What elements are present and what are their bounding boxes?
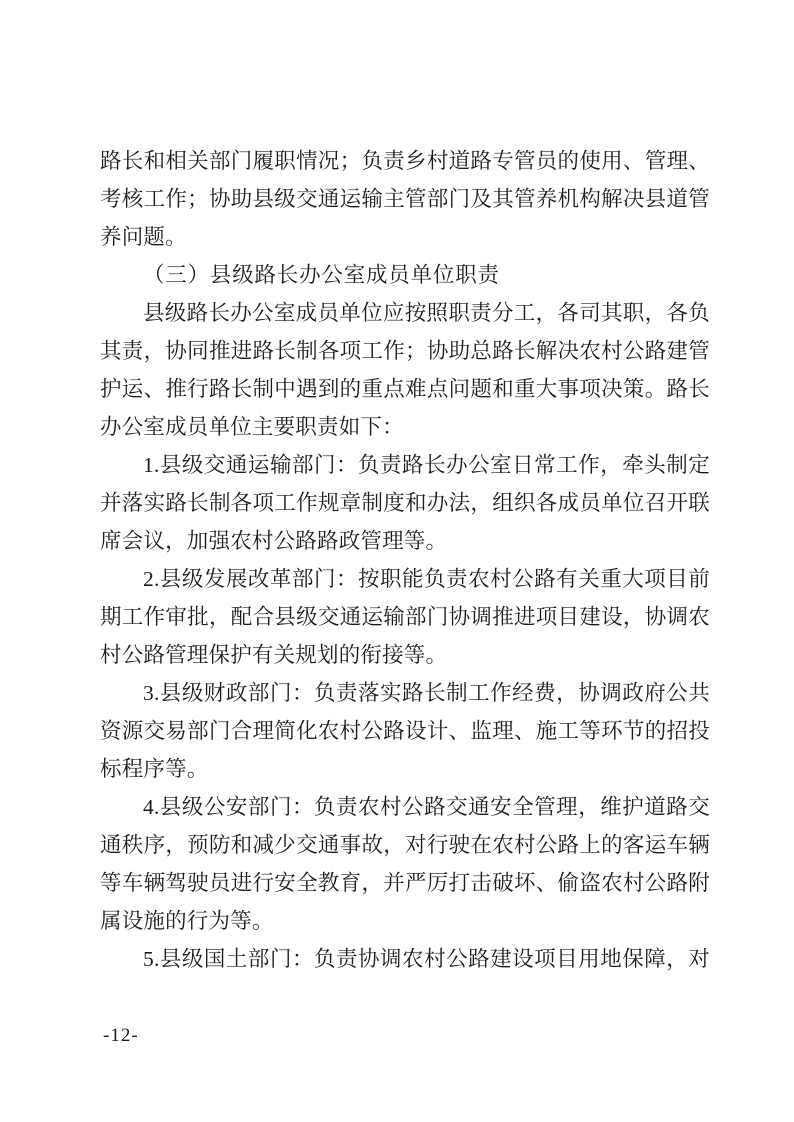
document-body: 路长和相关部门履职情况；负责乡村道路专管员的使用、管理、 考核工作；协助县级交通… [100, 142, 710, 978]
paragraph: 县级路长办公室成员单位应按照职责分工，各司其职，各负 其责，协同推进路长制各项工… [100, 294, 710, 446]
text-line: 县级路长办公室成员单位应按照职责分工，各司其职，各负 [100, 294, 710, 332]
text-line: 村公路管理保护有关规划的衔接等。 [100, 636, 710, 674]
document-page: 路长和相关部门履职情况；负责乡村道路专管员的使用、管理、 考核工作；协助县级交通… [0, 0, 794, 1122]
paragraph-numbered-item: 1.县级交通运输部门：负责路长办公室日常工作，牵头制定 并落实路长制各项工作规章… [100, 446, 710, 560]
text-line: 其责，协同推进路长制各项工作；协助总路长解决农村公路建管 [100, 332, 710, 370]
text-line: 标程序等。 [100, 750, 710, 788]
section-heading: （三）县级路长办公室成员单位职责 [100, 256, 710, 294]
text-line: 属设施的行为等。 [100, 902, 710, 940]
paragraph: 路长和相关部门履职情况；负责乡村道路专管员的使用、管理、 考核工作；协助县级交通… [100, 142, 710, 256]
paragraph-numbered-item: 5.县级国土部门：负责协调农村公路建设项目用地保障，对 [100, 940, 710, 978]
text-line: 等车辆驾驶员进行安全教育，并严厉打击破坏、偷盗农村公路附 [100, 864, 710, 902]
paragraph-heading: （三）县级路长办公室成员单位职责 [100, 256, 710, 294]
text-line: 4.县级公安部门：负责农村公路交通安全管理，维护道路交 [100, 788, 710, 826]
text-line: 席会议，加强农村公路路政管理等。 [100, 522, 710, 560]
text-line: 路长和相关部门履职情况；负责乡村道路专管员的使用、管理、 [100, 142, 710, 180]
text-line: 资源交易部门合理简化农村公路设计、监理、施工等环节的招投 [100, 712, 710, 750]
paragraph-numbered-item: 4.县级公安部门：负责农村公路交通安全管理，维护道路交 通秩序，预防和减少交通事… [100, 788, 710, 940]
text-line: 期工作审批，配合县级交通运输部门协调推进项目建设，协调农 [100, 598, 710, 636]
text-line: 通秩序，预防和减少交通事故，对行驶在农村公路上的客运车辆 [100, 826, 710, 864]
text-line: 并落实路长制各项工作规章制度和办法，组织各成员单位召开联 [100, 484, 710, 522]
paragraph-numbered-item: 2.县级发展改革部门：按职能负责农村公路有关重大项目前 期工作审批，配合县级交通… [100, 560, 710, 674]
text-line: 5.县级国土部门：负责协调农村公路建设项目用地保障，对 [100, 940, 710, 978]
text-line: 护运、推行路长制中遇到的重点难点问题和重大事项决策。路长 [100, 370, 710, 408]
text-line: 考核工作；协助县级交通运输主管部门及其管养机构解决县道管 [100, 180, 710, 218]
text-line: 2.县级发展改革部门：按职能负责农村公路有关重大项目前 [100, 560, 710, 598]
paragraph-numbered-item: 3.县级财政部门：负责落实路长制工作经费，协调政府公共 资源交易部门合理简化农村… [100, 674, 710, 788]
text-line: 1.县级交通运输部门：负责路长办公室日常工作，牵头制定 [100, 446, 710, 484]
text-line: 3.县级财政部门：负责落实路长制工作经费，协调政府公共 [100, 674, 710, 712]
text-line: 办公室成员单位主要职责如下： [100, 408, 710, 446]
text-line: 养问题。 [100, 218, 710, 256]
page-number: -12- [103, 1023, 139, 1049]
